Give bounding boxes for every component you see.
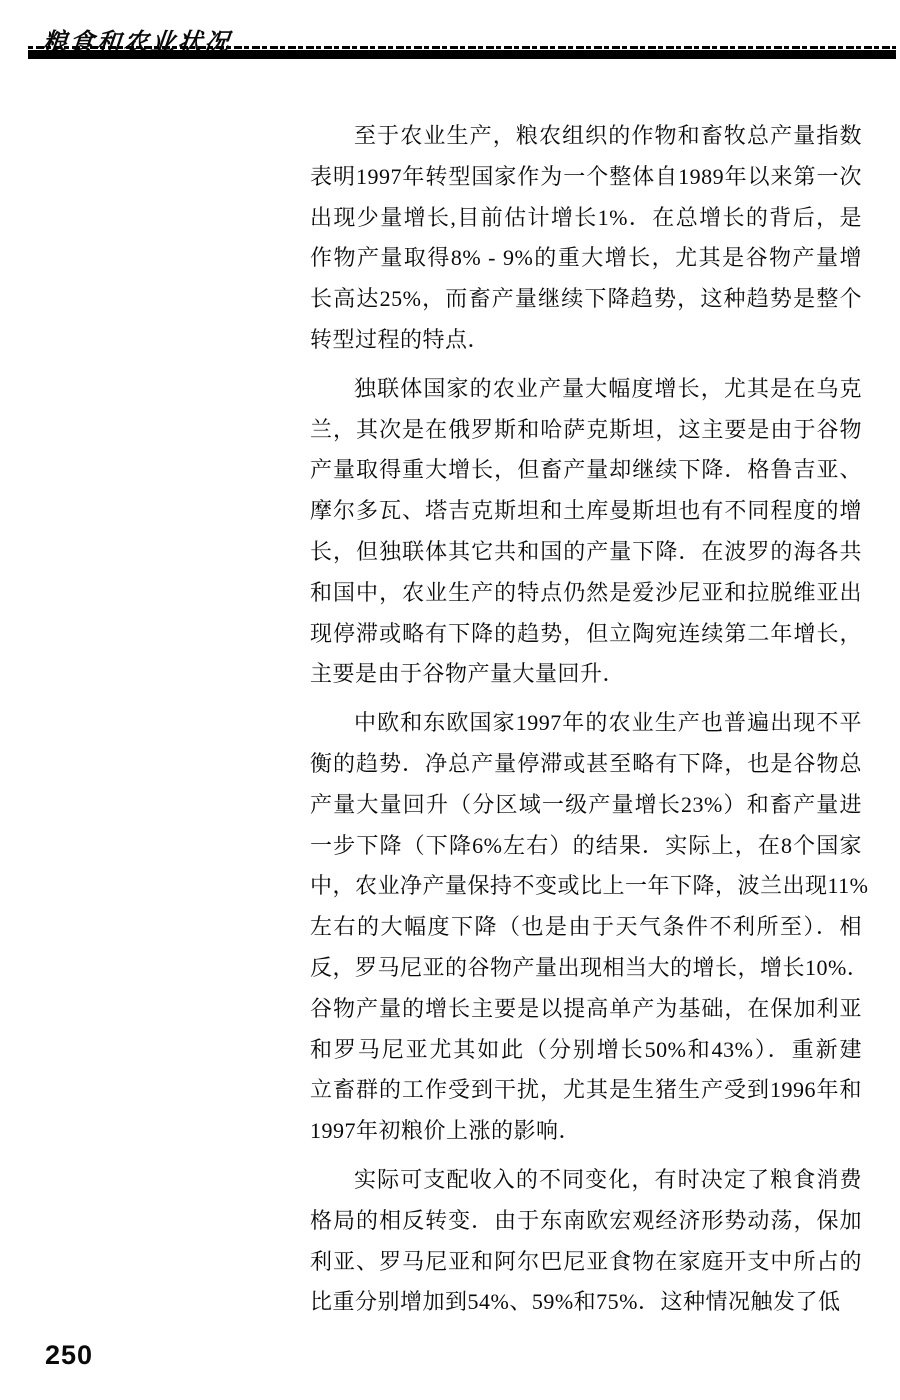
- document-page: 粮食和农业状况 至于农业生产，粮农组织的作物和畜牧总产量指数表明1997年转型国…: [0, 0, 900, 1400]
- paragraph: 独联体国家的农业产量大幅度增长，尤其是在乌克兰，其次是在俄罗斯和哈萨克斯坦，这主…: [310, 369, 862, 695]
- text-line: 转型过程的特点．: [310, 320, 862, 361]
- text-line: 中，农业净产量保持不变或比上一年下降，波兰出现11%: [310, 866, 862, 907]
- text-line: 长，但独联体其它共和国的产量下降．在波罗的海各共: [310, 532, 862, 573]
- text-line: 一步下降（下降6%左右）的结果．实际上，在8个国家: [310, 826, 862, 867]
- text-line: 衡的趋势．净总产量停滞或甚至略有下降，也是谷物总: [310, 744, 862, 785]
- text-line: 摩尔多瓦、塔吉克斯坦和土库曼斯坦也有不同程度的增: [310, 491, 862, 532]
- body-text: 至于农业生产，粮农组织的作物和畜牧总产量指数表明1997年转型国家作为一个整体自…: [310, 116, 862, 1323]
- text-line: 和国中，农业生产的特点仍然是爱沙尼亚和拉脱维亚出: [310, 573, 862, 614]
- text-line: 格局的相反转变．由于东南欧宏观经济形势动荡，保加: [310, 1201, 862, 1242]
- text-line: 至于农业生产，粮农组织的作物和畜牧总产量指数: [310, 116, 862, 157]
- paragraph: 中欧和东欧国家1997年的农业生产也普遍出现不平衡的趋势．净总产量停滞或甚至略有…: [310, 703, 862, 1152]
- text-line: 现停滞或略有下降的趋势，但立陶宛连续第二年增长，: [310, 614, 862, 655]
- paragraph: 至于农业生产，粮农组织的作物和畜牧总产量指数表明1997年转型国家作为一个整体自…: [310, 116, 862, 361]
- text-line: 1997年初粮价上涨的影响．: [310, 1111, 862, 1152]
- rule-speckle-edge: [28, 46, 896, 49]
- text-line: 比重分别增加到54%、59%和75%．这种情况触发了低: [310, 1282, 862, 1323]
- text-line: 表明1997年转型国家作为一个整体自1989年以来第一次: [310, 157, 862, 198]
- text-line: 独联体国家的农业产量大幅度增长，尤其是在乌克: [310, 369, 862, 410]
- text-line: 作物产量取得8% - 9%的重大增长，尤其是谷物产量增: [310, 238, 862, 279]
- text-line: 主要是由于谷物产量大量回升．: [310, 654, 862, 695]
- text-line: 左右的大幅度下降（也是由于天气条件不利所至）．相: [310, 907, 862, 948]
- text-line: 和罗马尼亚尤其如此（分别增长50%和43%）．重新建: [310, 1030, 862, 1071]
- page-number: 250: [45, 1340, 93, 1371]
- text-line: 立畜群的工作受到干扰，尤其是生猪生产受到1996年和: [310, 1070, 862, 1111]
- text-line: 中欧和东欧国家1997年的农业生产也普遍出现不平: [310, 703, 862, 744]
- text-line: 反，罗马尼亚的谷物产量出现相当大的增长，增长10%．: [310, 948, 862, 989]
- text-line: 出现少量增长,目前估计增长1%．在总增长的背后，是: [310, 198, 862, 239]
- text-line: 利亚、罗马尼亚和阿尔巴尼亚食物在家庭开支中所占的: [310, 1242, 862, 1283]
- text-line: 实际可支配收入的不同变化，有时决定了粮食消费: [310, 1160, 862, 1201]
- text-line: 谷物产量的增长主要是以提高单产为基础，在保加利亚: [310, 989, 862, 1030]
- text-line: 产量大量回升（分区域一级产量增长23%）和畜产量进: [310, 785, 862, 826]
- text-line: 产量取得重大增长，但畜产量却继续下降．格鲁吉亚、: [310, 450, 862, 491]
- text-line: 长高达25%，而畜产量继续下降趋势，这种趋势是整个: [310, 279, 862, 320]
- header-rule: [28, 46, 896, 60]
- paragraph: 实际可支配收入的不同变化，有时决定了粮食消费格局的相反转变．由于东南欧宏观经济形…: [310, 1160, 862, 1323]
- text-line: 兰，其次是在俄罗斯和哈萨克斯坦，这主要是由于谷物: [310, 410, 862, 451]
- rule-bar: [28, 50, 896, 59]
